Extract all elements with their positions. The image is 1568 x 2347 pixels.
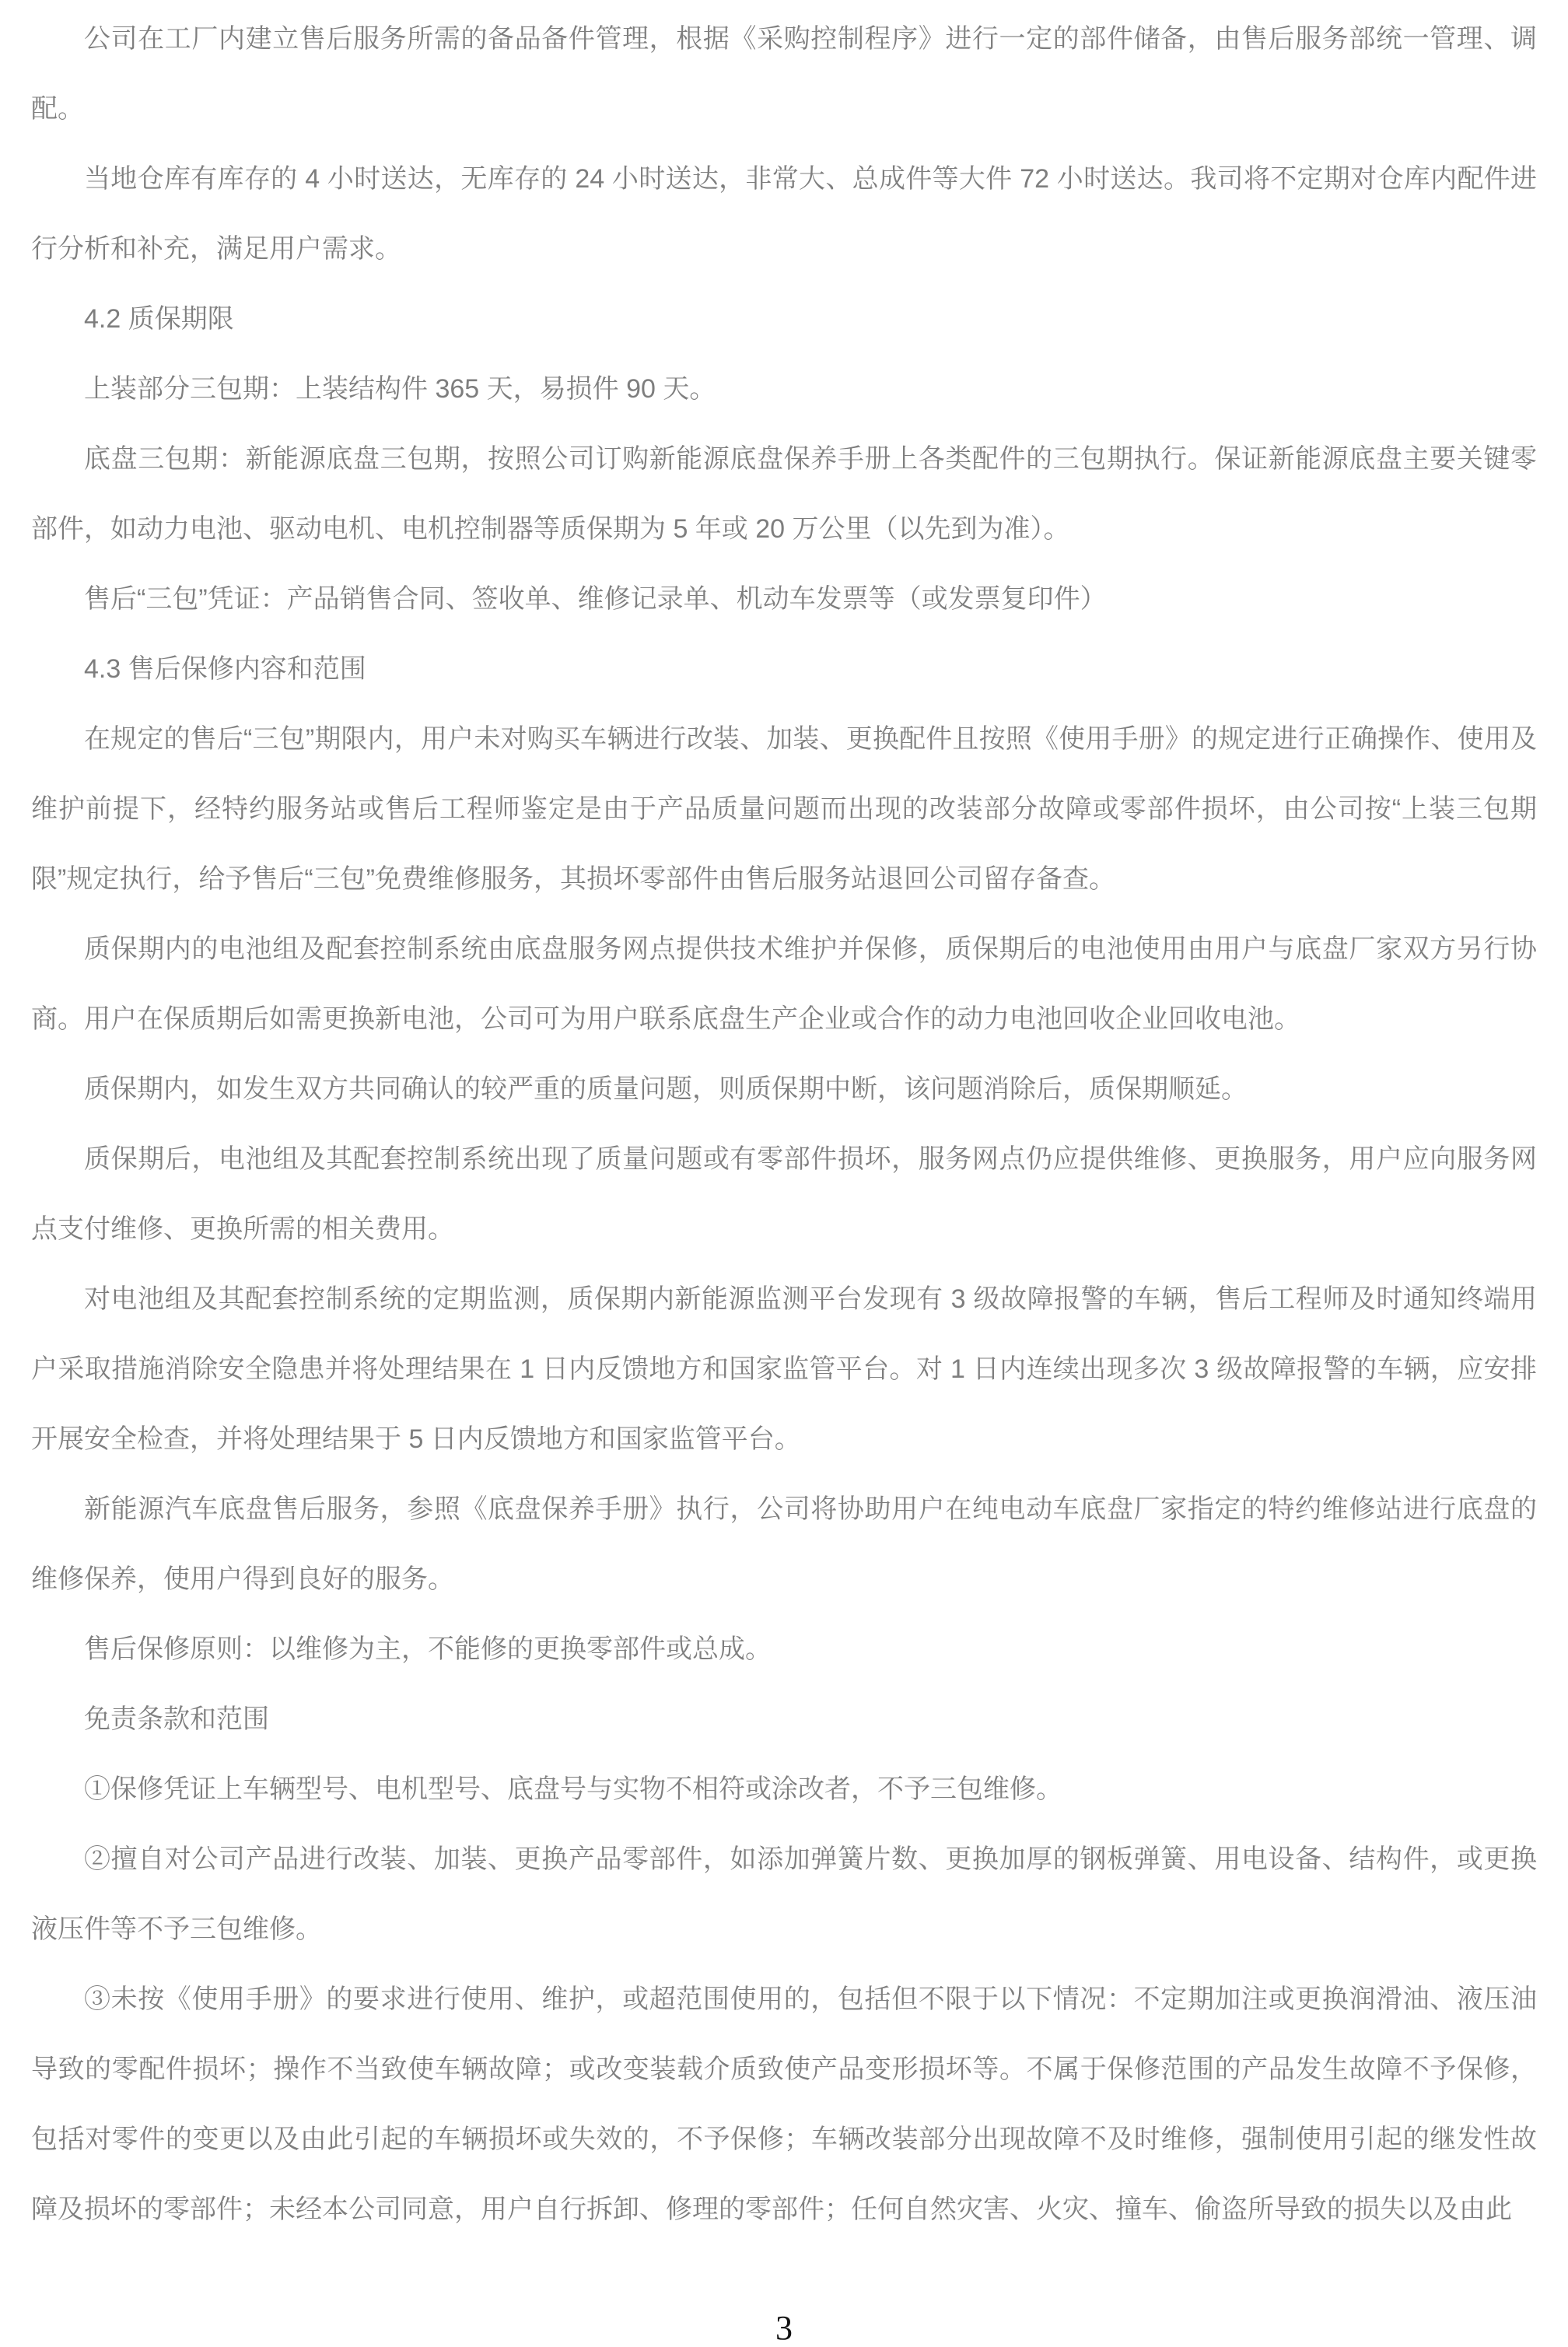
para-upper-body-warranty: 上装部分三包期：上装结构件 365 天，易损件 90 天。	[31, 354, 1537, 424]
para-chassis-service: 新能源汽车底盘售后服务，参照《底盘保养手册》执行，公司将协助用户在纯电动车底盘厂…	[31, 1474, 1537, 1614]
para-disclaimer-2: ②擅自对公司产品进行改装、加装、更换产品零部件，如添加弹簧片数、更换加厚的钢板弹…	[31, 1824, 1537, 1964]
heading-4-3-warranty-scope: 4.3 售后保修内容和范围	[31, 634, 1537, 704]
document-body: 公司在工厂内建立售后服务所需的备品备件管理，根据《采购控制程序》进行一定的部件储…	[0, 0, 1568, 2272]
para-spare-parts-management: 公司在工厂内建立售后服务所需的备品备件管理，根据《采购控制程序》进行一定的部件储…	[31, 4, 1537, 144]
para-disclaimer-3: ③未按《使用手册》的要求进行使用、维护，或超范围使用的，包括但不限于以下情况：不…	[31, 1964, 1537, 2244]
para-chassis-warranty: 底盘三包期：新能源底盘三包期，按照公司订购新能源底盘保养手册上各类配件的三包期执…	[31, 424, 1537, 564]
document-page: 公司在工厂内建立售后服务所需的备品备件管理，根据《采购控制程序》进行一定的部件储…	[0, 0, 1568, 2347]
para-delivery-times: 当地仓库有库存的 4 小时送达，无库存的 24 小时送达，非常大、总成件等大件 …	[31, 144, 1537, 284]
para-disclaimer-1: ①保修凭证上车辆型号、电机型号、底盘号与实物不相符或涂改者，不予三包维修。	[31, 1754, 1537, 1824]
heading-disclaimer: 免责条款和范围	[31, 1684, 1537, 1754]
para-warranty-vouchers: 售后“三包”凭证：产品销售合同、签收单、维修记录单、机动车发票等（或发票复印件）	[31, 564, 1537, 634]
para-fault-monitoring: 对电池组及其配套控制系统的定期监测，质保期内新能源监测平台发现有 3 级故障报警…	[31, 1264, 1537, 1474]
para-warranty-suspension: 质保期内，如发生双方共同确认的较严重的质量问题，则质保期中断，该问题消除后，质保…	[31, 1054, 1537, 1124]
para-battery-maintenance: 质保期内的电池组及配套控制系统由底盘服务网点提供技术维护并保修，质保期后的电池使…	[31, 914, 1537, 1054]
heading-4-2-warranty-period: 4.2 质保期限	[31, 284, 1537, 354]
para-post-warranty-service: 质保期后，电池组及其配套控制系统出现了质量问题或有零部件损坏，服务网点仍应提供维…	[31, 1124, 1537, 1264]
para-repair-principle: 售后保修原则：以维修为主，不能修的更换零部件或总成。	[31, 1614, 1537, 1684]
para-free-repair-terms: 在规定的售后“三包”期限内，用户未对购买车辆进行改装、加装、更换配件且按照《使用…	[31, 704, 1537, 914]
page-number: 3	[0, 2311, 1568, 2345]
